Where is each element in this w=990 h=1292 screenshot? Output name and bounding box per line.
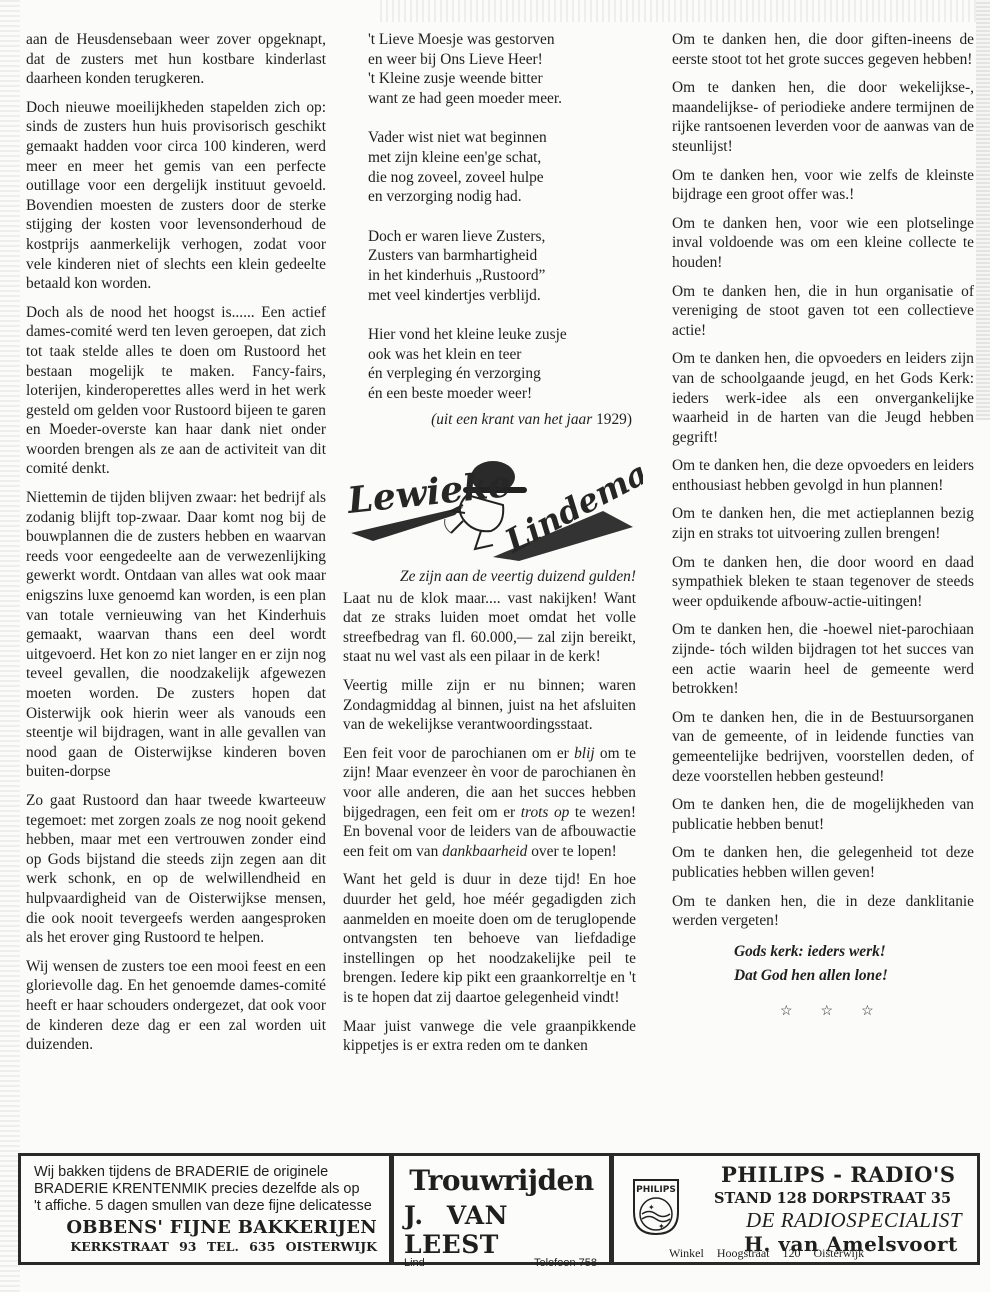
- poem-line: ook was het klein en teer: [368, 345, 636, 365]
- poem: 't Lieve Moesje was gestorven en weer bi…: [343, 30, 636, 429]
- lewieke-lindemans-logo: Lewieke Lindemans: [343, 449, 636, 561]
- thanks-paragraph: Om te danken hen, die -hoewel niet-paroc…: [672, 620, 974, 698]
- poem-stanza: Hier vond het kleine leuke zusje ook was…: [368, 325, 636, 403]
- ad-philips-radio: PHILIPS ✦ ✦ PHILIPS - RADIO'S STAND 128 …: [612, 1153, 980, 1265]
- poem-stanza: 't Lieve Moesje was gestorven en weer bi…: [368, 30, 636, 108]
- poem-source-text: (uit een krant van het jaar: [431, 411, 592, 428]
- svg-text:PHILIPS: PHILIPS: [636, 1185, 676, 1195]
- ad-text-line: Wij bakken tijdens de BRADERIE de origin…: [21, 1164, 389, 1181]
- poem-line: want ze had geen moeder meer.: [368, 89, 636, 109]
- text-run: Een feit voor de parochianen om er: [343, 745, 574, 762]
- advertisement-strip: Wij bakken tijdens de BRADERIE de origin…: [18, 1153, 982, 1271]
- poem-stanza: Doch er waren lieve Zusters, Zusters van…: [368, 227, 636, 305]
- ad-brand: J. VAN LEEST: [404, 1201, 609, 1259]
- article-paragraph: Doch als de nood het hoogst is...... Een…: [26, 303, 326, 479]
- ad-van-leest: Trouwrijden J. VAN LEEST Lind Telefoon 7…: [392, 1153, 612, 1265]
- svg-text:✦: ✦: [658, 1222, 665, 1231]
- lindemans-caricature-icon: Lewieke Lindemans: [343, 449, 643, 561]
- poem-line: 't Lieve Moesje was gestorven: [368, 30, 636, 50]
- thanks-paragraph: Om te danken hen, voor wie een plotselin…: [672, 214, 974, 273]
- poem-source-year: 1929): [596, 411, 632, 428]
- poem-line: Hier vond het kleine leuke zusje: [368, 325, 636, 345]
- poem-line: en verzorging nodig had.: [368, 187, 636, 207]
- thanks-paragraph: Om te danken hen, die door wekelijkse-, …: [672, 78, 974, 156]
- article-paragraph: Doch nieuwe moeilijkheden stapelden zich…: [26, 98, 326, 294]
- poem-stanza: Vader wist niet wat beginnen met zijn kl…: [368, 128, 636, 206]
- article-paragraph: aan de Heusdensebaan weer zover opgeknap…: [26, 30, 326, 89]
- thanks-paragraph: Om te danken hen, die deze opvoeders en …: [672, 456, 974, 495]
- svg-text:✦: ✦: [648, 1203, 655, 1212]
- thanks-paragraph: Om te danken hen, die in hun organisatie…: [672, 282, 974, 341]
- thanks-paragraph: Om te danken hen, die de mogelijkheden v…: [672, 795, 974, 834]
- ad-obbens-bakery: Wij bakken tijdens de BRADERIE de origin…: [18, 1153, 392, 1265]
- ad-shop-address: Winkel Hoogstraat 120 Oisterwijk: [669, 1246, 864, 1261]
- svg-text:Lewieke: Lewieke: [345, 463, 513, 522]
- philips-shield-icon: PHILIPS ✦ ✦: [632, 1178, 680, 1236]
- poem-line: Vader wist niet wat beginnen: [368, 128, 636, 148]
- thanks-paragraph: Om te danken hen, die in de Bestuursorga…: [672, 708, 974, 786]
- article-paragraph: Niettemin de tijden blijven zwaar: het b…: [26, 488, 326, 782]
- column-thanks-litany: Om te danken hen, die door giften-ineens…: [672, 30, 974, 1021]
- article-paragraph: Zo gaat Rustoord dan haar tweede kwartee…: [26, 791, 326, 948]
- thanks-paragraph: Om te danken hen, die door woord en daad…: [672, 553, 974, 612]
- emphasis: trots op: [521, 804, 570, 821]
- paper-edge-right: [976, 0, 990, 420]
- article-paragraph: Wij wensen de zusters toe een mooi feest…: [26, 957, 326, 1055]
- emphasis: blij: [574, 745, 595, 762]
- article-paragraph: Een feit voor de parochianen om er blij …: [343, 744, 636, 862]
- motto-line: Dat God hen allen lone!: [734, 964, 974, 988]
- paper-edge-top: [380, 0, 980, 22]
- poem-source: (uit een krant van het jaar 1929): [343, 410, 632, 430]
- ad-address: KERKSTRAAT 93 TEL. 635 OISTERWIJK: [21, 1239, 389, 1254]
- ad-title: PHILIPS - RADIO'S: [721, 1162, 956, 1187]
- poem-line: 't Kleine zusje weende bitter: [368, 69, 636, 89]
- text-run: over te lopen!: [527, 843, 616, 860]
- paper-edge-left: [0, 0, 20, 1292]
- thanks-paragraph: Om te danken hen, die door giften-ineens…: [672, 30, 974, 69]
- column-rustoord-article: aan de Heusdensebaan weer zover opgeknap…: [26, 30, 326, 1064]
- thanks-paragraph: Om te danken hen, die in deze danklitani…: [672, 892, 974, 931]
- poem-line: met veel kindertjes verblijd.: [368, 286, 636, 306]
- ad-title: Trouwrijden: [394, 1164, 609, 1197]
- ad-stand: STAND 128 DORPSTRAAT 35: [714, 1190, 951, 1207]
- ad-tagline: DE RADIOSPECIALIST: [746, 1208, 962, 1233]
- poem-line: Zusters van barmhartigheid: [368, 246, 636, 266]
- thanks-paragraph: Om te danken hen, die met actieplannen b…: [672, 504, 974, 543]
- emphasis: dankbaarheid: [442, 843, 527, 860]
- thanks-paragraph: Om te danken hen, voor wie zelfs de klei…: [672, 166, 974, 205]
- poem-line: in het kinderhuis „Rustoord”: [368, 266, 636, 286]
- motto-line: Gods kerk: ieders werk!: [734, 940, 974, 964]
- thanks-paragraph: Om te danken hen, die gelegenheid tot de…: [672, 843, 974, 882]
- poem-line: én een beste moeder weer!: [368, 384, 636, 404]
- poem-line: met zijn kleine een'ge schat,: [368, 148, 636, 168]
- lead-text: Ze zijn aan de veertig duizend gulden!: [343, 567, 636, 587]
- poem-line: Doch er waren lieve Zusters,: [368, 227, 636, 247]
- thanks-paragraph: Om te danken hen, die opvoeders en leide…: [672, 349, 974, 447]
- poem-line: en weer bij Ons Lieve Heer!: [368, 50, 636, 70]
- article-paragraph: Laat nu de klok maar.... vast nakijken! …: [343, 589, 636, 667]
- star-divider-icon: ☆☆☆: [780, 1002, 974, 1022]
- poem-line: die nog zoveel, zoveel hulpe: [368, 168, 636, 188]
- ad-brand: OBBENS' FIJNE BAKKERIJEN: [21, 1217, 389, 1239]
- column-poem-and-lindemans: 't Lieve Moesje was gestorven en weer bi…: [343, 30, 636, 1065]
- closing-motto: Gods kerk: ieders werk! Dat God hen alle…: [734, 940, 974, 988]
- ad-text-line: 't affiche. 5 dagen smullen van deze fij…: [21, 1198, 389, 1215]
- ad-text-line: BRADERIE KRENTENMIK precies dezelfde als…: [21, 1181, 389, 1198]
- article-paragraph: Veertig mille zijn er nu binnen; waren Z…: [343, 676, 636, 735]
- ad-phone: Telefoon 758: [534, 1257, 597, 1269]
- ad-place: Lind: [404, 1257, 425, 1269]
- poem-line: én verpleging én verzorging: [368, 364, 636, 384]
- article-paragraph: Maar juist vanwege die vele graanpikkend…: [343, 1017, 636, 1056]
- article-paragraph: Want het geld is duur in deze tijd! En h…: [343, 870, 636, 1007]
